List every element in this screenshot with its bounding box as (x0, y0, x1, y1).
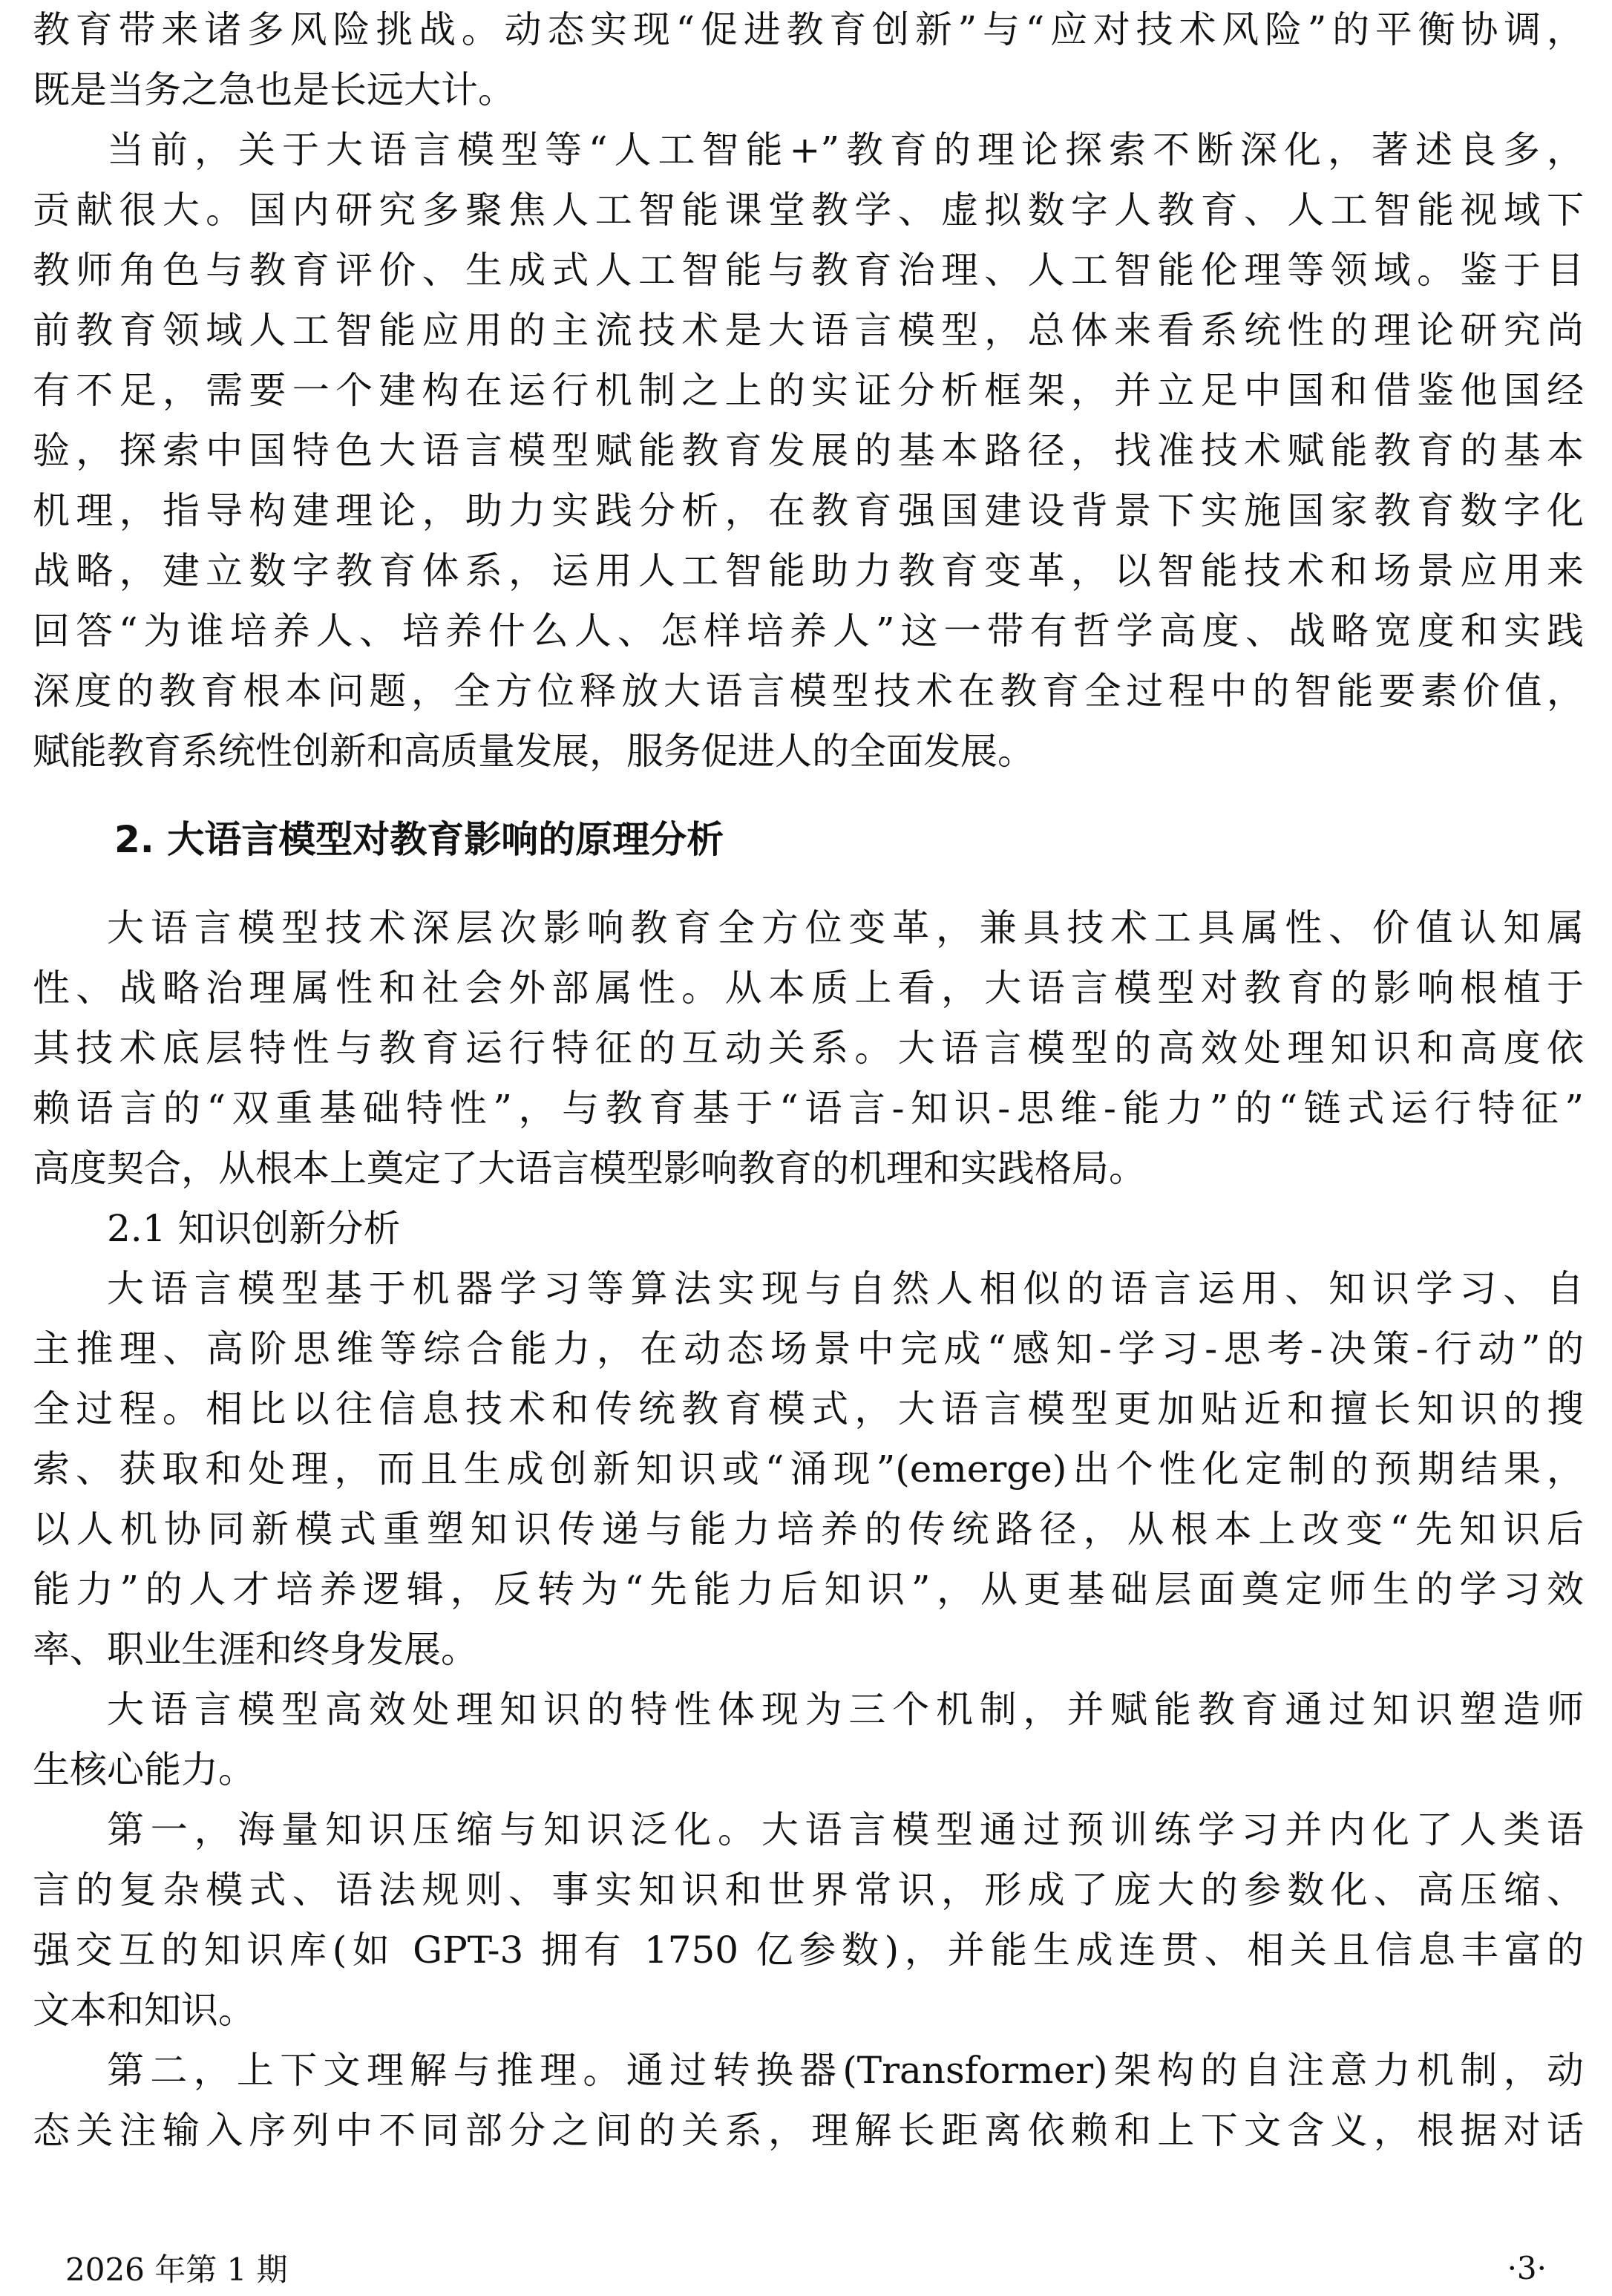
paragraph-current-research: 当前，关于大语言模型等“人工智能+”教育的理论探索不断深化，著述良多， 贡献很大… (33, 120, 1584, 782)
text-line: 高度契合，从根本上奠定了大语言模型影响教育的机理和实践格局。 (33, 1139, 1584, 1199)
text-line: 战略，建立数字教育体系，运用人工智能助力教育变革，以智能技术和场景应用来 (33, 541, 1584, 601)
text-line: 全过程。相比以往信息技术和传统教育模式，大语言模型更加贴近和擅长知识的搜 (33, 1379, 1584, 1439)
text-line: 大语言模型基于机器学习等算法实现与自然人相似的语言运用、知识学习、自 (33, 1259, 1584, 1319)
text-line: 性、战略治理属性和社会外部属性。从本质上看，大语言模型对教育的影响根植于 (33, 958, 1584, 1018)
text-line: 赖语言的“双重基础特性”，与教育基于“语言-知识-思维-能力”的“链式运行特征” (33, 1079, 1584, 1139)
section-heading: 2. 大语言模型对教育影响的原理分析 (33, 810, 1584, 870)
paragraph-continuation: 教育带来诸多风险挑战。动态实现“促进教育创新”与“应对技术风险”的平衡协调， 既… (33, 0, 1584, 120)
paragraph-first-mechanism: 第一，海量知识压缩与知识泛化。大语言模型通过预训练学习并内化了人类语 言的复杂模… (33, 1800, 1584, 2041)
text-line: 验，探索中国特色大语言模型赋能教育发展的基本路径，找准技术赋能教育的基本 (33, 421, 1584, 481)
text-line: 索、获取和处理，而且生成创新知识或“涌现”(emerge)出个性化定制的预期结果… (33, 1439, 1584, 1499)
text-line: 大语言模型高效处理知识的特性体现为三个机制，并赋能教育通过知识塑造师 (33, 1680, 1584, 1740)
page-number: ·3· (1507, 2250, 1547, 2286)
text-line: 能力”的人才培养逻辑，反转为“先能力后知识”，从更基础层面奠定师生的学习效 (33, 1560, 1584, 1620)
paragraph-three-mechanisms: 大语言模型高效处理知识的特性体现为三个机制，并赋能教育通过知识塑造师 生核心能力… (33, 1680, 1584, 1800)
text-line: 有不足，需要一个建构在运行机制之上的实证分析框架，并立足中国和借鉴他国经 (33, 361, 1584, 421)
text-line: 大语言模型技术深层次影响教育全方位变革，兼具技术工具属性、价值认知属 (33, 898, 1584, 958)
paragraph-second-mechanism: 第二，上下文理解与推理。通过转换器(Transformer)架构的自注意力机制，… (33, 2041, 1584, 2161)
page-footer: 2026 年第 1 期 ·3· (65, 2242, 1547, 2294)
text-line: 主推理、高阶思维等综合能力，在动态场景中完成“感知-学习-思考-决策-行动”的 (33, 1319, 1584, 1379)
text-line: 第一，海量知识压缩与知识泛化。大语言模型通过预训练学习并内化了人类语 (33, 1800, 1584, 1860)
text-line: 文本和知识。 (33, 1981, 1584, 2041)
text-line: 既是当务之急也是长远大计。 (33, 60, 1584, 120)
text-line: 赋能教育系统性创新和高质量发展，服务促进人的全面发展。 (33, 722, 1584, 782)
text-line: 第二，上下文理解与推理。通过转换器(Transformer)架构的自注意力机制，… (33, 2041, 1584, 2101)
issue-label: 2026 年第 1 期 (65, 2246, 288, 2290)
text-line: 教师角色与教育评价、生成式人工智能与教育治理、人工智能伦理等领域。鉴于目 (33, 241, 1584, 301)
text-line: 贡献很大。国内研究多聚焦人工智能课堂教学、虚拟数字人教育、人工智能视域下 (33, 180, 1584, 241)
text-line: 率、职业生涯和终身发展。 (33, 1620, 1584, 1680)
paragraph-principle: 大语言模型技术深层次影响教育全方位变革，兼具技术工具属性、价值认知属 性、战略治… (33, 898, 1584, 1199)
document-page: 教育带来诸多风险挑战。动态实现“促进教育创新”与“应对技术风险”的平衡协调， 既… (33, 0, 1584, 2161)
text-line: 回答“为谁培养人、培养什么人、怎样培养人”这一带有哲学高度、战略宽度和实践 (33, 601, 1584, 661)
paragraph-knowledge-innovation: 大语言模型基于机器学习等算法实现与自然人相似的语言运用、知识学习、自 主推理、高… (33, 1259, 1584, 1680)
text-line: 机理，指导构建理论，助力实践分析，在教育强国建设背景下实施国家教育数字化 (33, 481, 1584, 541)
text-line: 前教育领域人工智能应用的主流技术是大语言模型，总体来看系统性的理论研究尚 (33, 301, 1584, 361)
text-line: 教育带来诸多风险挑战。动态实现“促进教育创新”与“应对技术风险”的平衡协调， (33, 0, 1584, 60)
text-line: 言的复杂模式、语法规则、事实知识和世界常识，形成了庞大的参数化、高压缩、 (33, 1860, 1584, 1920)
text-line: 强交互的知识库(如 GPT-3 拥有 1750 亿参数)，并能生成连贯、相关且信… (33, 1920, 1584, 1981)
text-line: 以人机协同新模式重塑知识传递与能力培养的传统路径，从根本上改变“先知识后 (33, 1499, 1584, 1560)
text-line: 态关注输入序列中不同部分之间的关系，理解长距离依赖和上下文含义，根据对话 (33, 2101, 1584, 2161)
subsection-heading: 2.1 知识创新分析 (33, 1199, 1584, 1259)
text-line: 其技术底层特性与教育运行特征的互动关系。大语言模型的高效处理知识和高度依 (33, 1018, 1584, 1079)
text-line: 生核心能力。 (33, 1740, 1584, 1800)
text-line: 当前，关于大语言模型等“人工智能+”教育的理论探索不断深化，著述良多， (33, 120, 1584, 180)
text-line: 深度的教育根本问题，全方位释放大语言模型技术在教育全过程中的智能要素价值， (33, 661, 1584, 722)
